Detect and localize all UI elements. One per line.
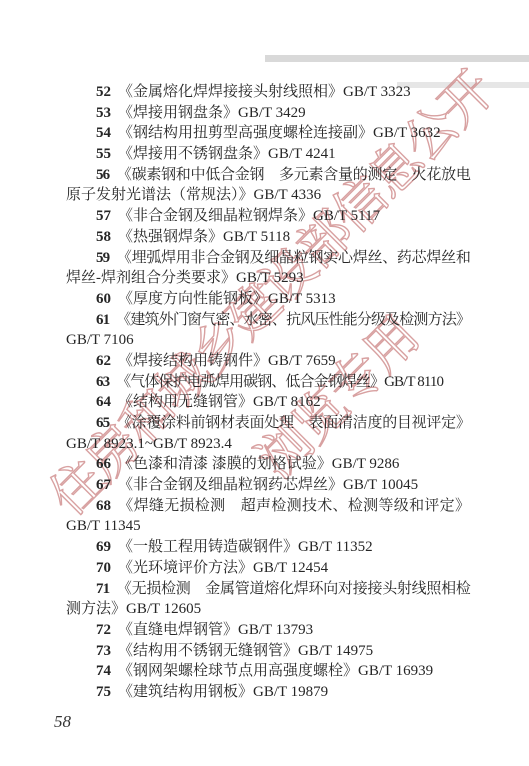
item-number: 72 [96, 622, 118, 638]
item-text: 《金属熔化焊焊接接头射线照相》GB/T 3323 [118, 84, 411, 100]
list-item-73: 73《结构用不锈钢无缝钢管》GB/T 14975 [66, 641, 470, 662]
item-text: 测方法》GB/T 12605 [66, 601, 201, 617]
item-number: 62 [96, 353, 118, 369]
item-number: 60 [96, 291, 118, 307]
item-number: 52 [96, 84, 118, 100]
list-item-56: 56《碳素钢和中低合金钢 多元素含量的测定 火花放电 [66, 165, 470, 186]
item-text: 《钢结构用扭剪型高强度螺栓连接副》GB/T 3632 [118, 125, 441, 141]
item-text: 《气体保护电弧焊用碳钢、低合金钢焊丝》GB/T 8110 [116, 374, 443, 390]
item-number: 70 [96, 560, 118, 576]
list-item-72: 72《直缝电焊钢管》GB/T 13793 [66, 620, 470, 641]
scan-streak [265, 55, 529, 62]
item-number: 57 [96, 208, 118, 224]
item-text: 原子发射光谱法（常规法）》GB/T 4336 [66, 187, 321, 203]
list-item-55: 55《焊接用不锈钢盘条》GB/T 4241 [66, 144, 470, 165]
item-number: 68 [96, 498, 118, 514]
list-item-59-cont: 焊丝-焊剂组合分类要求》GB/T 5293 [66, 268, 470, 289]
item-text: 《非合金钢及细晶粒钢焊条》GB/T 5117 [118, 208, 380, 224]
list-item-54: 54《钢结构用扭剪型高强度螺栓连接副》GB/T 3632 [66, 123, 470, 144]
item-text: 焊丝-焊剂组合分类要求》GB/T 5293 [66, 270, 304, 286]
item-number: 66 [96, 456, 118, 472]
item-number: 75 [96, 684, 118, 700]
list-item-70: 70《光环境评价方法》GB/T 12454 [66, 558, 470, 579]
item-text: 《钢网架螺栓球节点用高强度螺栓》GB/T 16939 [118, 663, 433, 679]
list-item-66: 66《色漆和清漆 漆膜的划格试验》GB/T 9286 [66, 454, 470, 475]
item-text: 《无损检测 金属管道熔化焊环向对接接头射线照相检 [116, 581, 470, 597]
list-item-65-cont: GB/T 8923.1~GB/T 8923.4 [66, 434, 470, 455]
item-text: 《一般工程用铸造碳钢件》GB/T 11352 [118, 539, 373, 555]
list-item-61: 61《建筑外门窗气密、水密、抗风压性能分级及检测方法》 [66, 310, 470, 331]
list-item-60: 60《厚度方向性能钢板》GB/T 5313 [66, 289, 470, 310]
item-text: GB/T 8923.1~GB/T 8923.4 [66, 436, 232, 452]
document-page: 住房和城乡建设部信息公开 浏览专用 52《金属熔化焊焊接接头射线照相》GB/T … [0, 0, 529, 766]
list-item-62: 62《焊接结构用铸钢件》GB/T 7659 [66, 351, 470, 372]
list-item-65: 65《涂覆涂料前钢材表面处理 表面清洁度的目视评定》 [66, 413, 470, 434]
item-number: 58 [96, 229, 118, 245]
item-text: GB/T 11345 [66, 518, 141, 534]
item-text: 《焊接用钢盘条》GB/T 3429 [118, 105, 306, 121]
item-number: 65 [96, 415, 116, 431]
item-number: 73 [96, 643, 118, 659]
item-text: 《建筑结构用钢板》GB/T 19879 [118, 684, 328, 700]
item-text: 《焊接结构用铸钢件》GB/T 7659 [118, 353, 336, 369]
list-item-59: 59《埋弧焊用非合金钢及细晶粒钢实心焊丝、药芯焊丝和 [66, 248, 470, 269]
list-item-74: 74《钢网架螺栓球节点用高强度螺栓》GB/T 16939 [66, 661, 470, 682]
item-number: 67 [96, 477, 118, 493]
item-text: 《建筑外门窗气密、水密、抗风压性能分级及检测方法》 [116, 312, 470, 328]
item-number: 56 [96, 167, 116, 183]
item-text: 《色漆和清漆 漆膜的划格试验》GB/T 9286 [118, 456, 399, 472]
list-item-71-cont: 测方法》GB/T 12605 [66, 599, 470, 620]
list-item-68-cont: GB/T 11345 [66, 516, 470, 537]
item-text: 《碳素钢和中低合金钢 多元素含量的测定 火花放电 [116, 167, 470, 183]
page-number: 58 [54, 712, 71, 732]
item-number: 69 [96, 539, 118, 555]
list-item-53: 53《焊接用钢盘条》GB/T 3429 [66, 103, 470, 124]
item-text: 《光环境评价方法》GB/T 12454 [118, 560, 328, 576]
item-text: 《直缝电焊钢管》GB/T 13793 [118, 622, 313, 638]
item-number: 55 [96, 146, 118, 162]
list-item-58: 58《热强钢焊条》GB/T 5118 [66, 227, 470, 248]
list-item-71: 71《无损检测 金属管道熔化焊环向对接接头射线照相检 [66, 579, 470, 600]
list-item-63: 63《气体保护电弧焊用碳钢、低合金钢焊丝》GB/T 8110 [66, 372, 470, 393]
item-text: 《焊缝无损检测 超声检测技术、检测等级和评定》 [118, 498, 470, 514]
item-number: 71 [96, 581, 116, 597]
item-number: 61 [96, 312, 116, 328]
item-text: 《非合金钢及细晶粒钢药芯焊丝》GB/T 10045 [118, 477, 418, 493]
item-number: 59 [96, 250, 116, 266]
list-item-64: 64《结构用无缝钢管》GB/T 8162 [66, 392, 470, 413]
item-number: 53 [96, 105, 118, 121]
item-text: GB/T 7106 [66, 332, 134, 348]
list-item-61-cont: GB/T 7106 [66, 330, 470, 351]
item-text: 《埋弧焊用非合金钢及细晶粒钢实心焊丝、药芯焊丝和 [116, 250, 470, 266]
list-item-68: 68《焊缝无损检测 超声检测技术、检测等级和评定》 [66, 496, 470, 517]
item-text: 《热强钢焊条》GB/T 5118 [118, 229, 290, 245]
item-text: 《结构用无缝钢管》GB/T 8162 [118, 394, 321, 410]
item-text: 《涂覆涂料前钢材表面处理 表面清洁度的目视评定》 [116, 415, 470, 431]
list-item-57: 57《非合金钢及细晶粒钢焊条》GB/T 5117 [66, 206, 470, 227]
item-text: 《厚度方向性能钢板》GB/T 5313 [118, 291, 336, 307]
list-item-75: 75《建筑结构用钢板》GB/T 19879 [66, 682, 470, 703]
list-item-67: 67《非合金钢及细晶粒钢药芯焊丝》GB/T 10045 [66, 475, 470, 496]
item-number: 64 [96, 394, 118, 410]
list-item-69: 69《一般工程用铸造碳钢件》GB/T 11352 [66, 537, 470, 558]
standards-reference-list: 52《金属熔化焊焊接接头射线照相》GB/T 332353《焊接用钢盘条》GB/T… [66, 82, 470, 703]
list-item-56-cont: 原子发射光谱法（常规法）》GB/T 4336 [66, 185, 470, 206]
item-text: 《结构用不锈钢无缝钢管》GB/T 14975 [118, 643, 373, 659]
item-text: 《焊接用不锈钢盘条》GB/T 4241 [118, 146, 336, 162]
item-number: 63 [96, 374, 116, 390]
item-number: 74 [96, 663, 118, 679]
list-item-52: 52《金属熔化焊焊接接头射线照相》GB/T 3323 [66, 82, 470, 103]
item-number: 54 [96, 125, 118, 141]
